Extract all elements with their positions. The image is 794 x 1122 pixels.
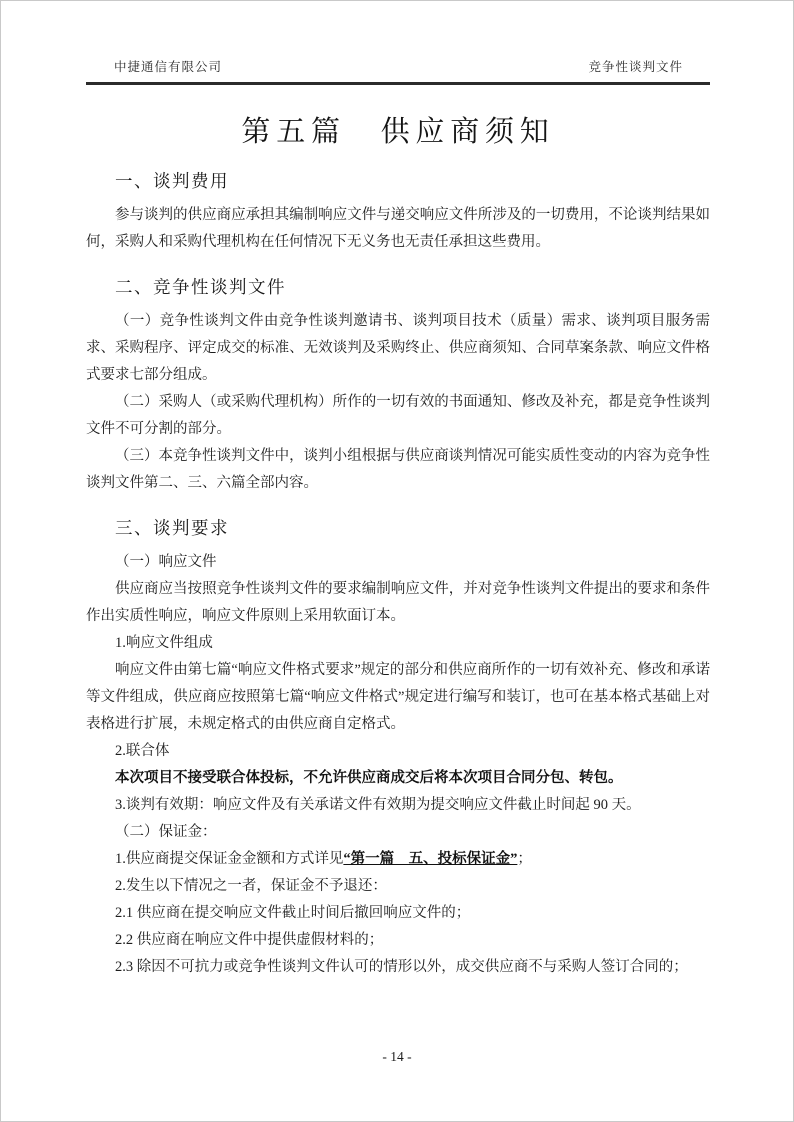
paragraph: （三）本竞争性谈判文件中，谈判小组根据与供应商谈判情况可能实质性变动的内容为竞争… <box>86 443 710 497</box>
document-page: 中捷通信有限公司 竞争性谈判文件 第五篇 供应商须知 一、谈判费用 参与谈判的供… <box>0 0 794 1122</box>
section-heading-negotiation-documents: 二、竞争性谈判文件 <box>86 273 710 301</box>
page-footer: - 14 - <box>1 1049 793 1065</box>
deposit-ref-suffix: ； <box>517 851 532 867</box>
page-number: - 14 - <box>382 1049 411 1064</box>
paragraph: （二）采购人（或采购代理机构）所作的一切有效的书面通知、修改及补充，都是竞争性谈… <box>86 389 710 443</box>
list-item-validity-period: 3.谈判有效期：响应文件及有关承诺文件有效期为提交响应文件截止时间起 90 天。 <box>86 792 710 819</box>
deposit-ref-prefix: 1.供应商提交保证金金额和方式详见 <box>115 851 343 867</box>
list-item-forfeit-case-false-materials: 2.2 供应商在响应文件中提供虚假材料的； <box>86 927 710 954</box>
page-header: 中捷通信有限公司 竞争性谈判文件 <box>86 57 710 75</box>
cross-reference-deposit-section: “第一篇 五、投标保证金” <box>343 851 517 867</box>
list-item-forfeit-case-no-contract: 2.3 除因不可抗力或竞争性谈判文件认可的情形以外，成交供应商不与采购人签订合同… <box>86 954 710 981</box>
paragraph-deposit-reference: 1.供应商提交保证金金额和方式详见“第一篇 五、投标保证金”； <box>86 846 710 873</box>
page-title: 第五篇 供应商须知 <box>86 109 710 150</box>
section-heading-negotiation-fees: 一、谈判费用 <box>86 167 710 195</box>
section-heading-negotiation-requirements: 三、谈判要求 <box>86 514 710 542</box>
list-item-response-file-composition: 1.响应文件组成 <box>86 630 710 657</box>
list-item-consortium: 2.联合体 <box>86 738 710 765</box>
header-doc-type: 竞争性谈判文件 <box>588 57 683 75</box>
subheading-response-documents: （一）响应文件 <box>86 549 710 576</box>
paragraph-bold-no-consortium: 本次项目不接受联合体投标，不允许供应商成交后将本次项目合同分包、转包。 <box>86 765 710 792</box>
paragraph: （一）竞争性谈判文件由竞争性谈判邀请书、谈判项目技术（质量）需求、谈判项目服务需… <box>86 308 710 389</box>
subheading-deposit: （二）保证金： <box>86 819 710 846</box>
paragraph: 参与谈判的供应商应承担其编制响应文件与递交响应文件所涉及的一切费用，不论谈判结果… <box>86 202 710 256</box>
paragraph: 响应文件由第七篇“响应文件格式要求”规定的部分和供应商所作的一切有效补充、修改和… <box>86 657 710 738</box>
header-company-name: 中捷通信有限公司 <box>114 57 222 75</box>
list-item-forfeit-case-withdraw: 2.1 供应商在提交响应文件截止时间后撤回响应文件的； <box>86 900 710 927</box>
header-divider-rule <box>86 82 710 85</box>
list-item-deposit-forfeit-intro: 2.发生以下情况之一者，保证金不予退还： <box>86 873 710 900</box>
paragraph: 供应商应当按照竞争性谈判文件的要求编制响应文件，并对竞争性谈判文件提出的要求和条… <box>86 576 710 630</box>
